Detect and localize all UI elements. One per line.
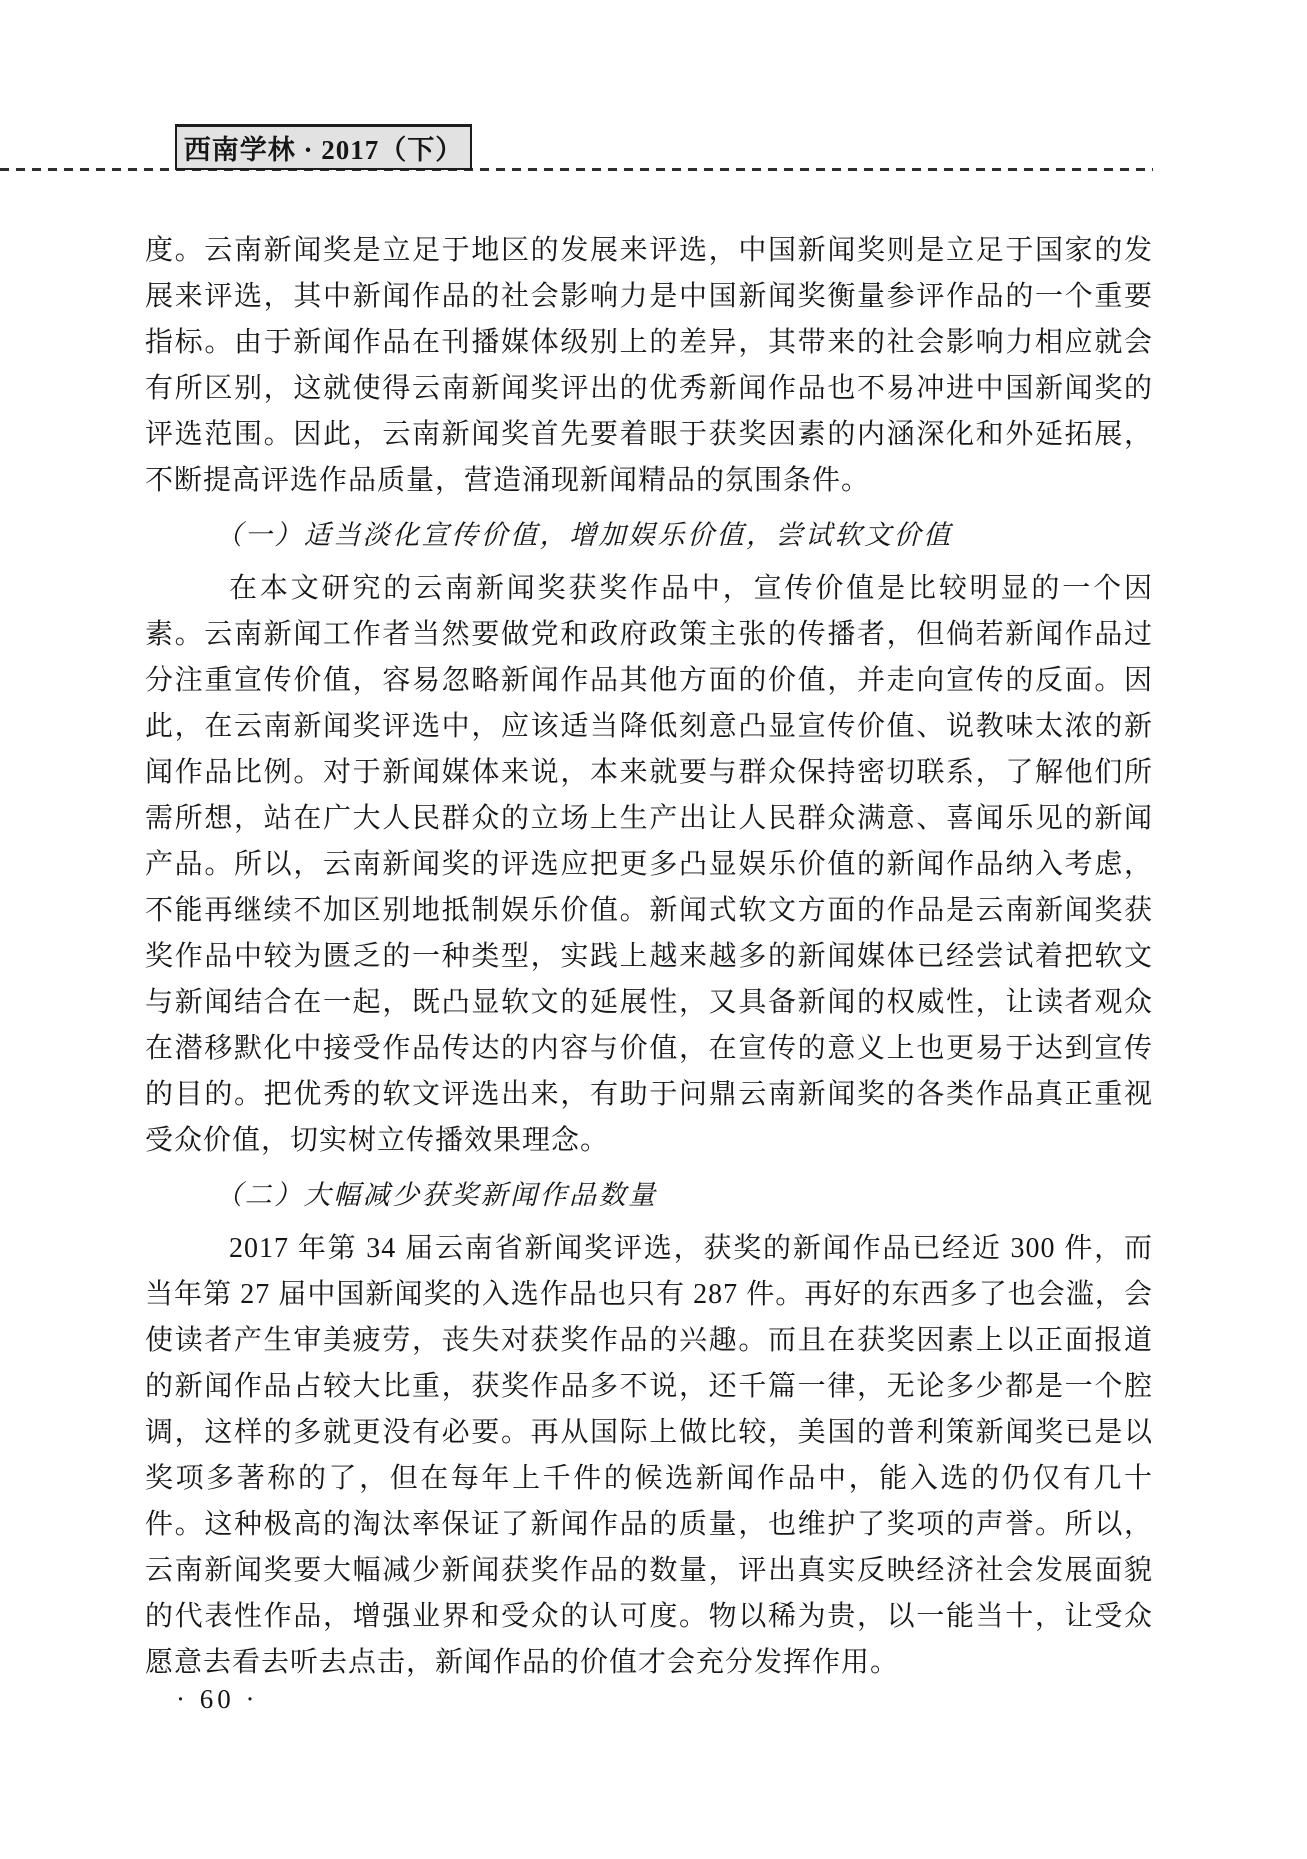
- body-paragraph-2: 在本文研究的云南新闻奖获奖作品中，宣传价值是比较明显的一个因素。云南新闻工作者当…: [145, 566, 1153, 1164]
- article-text-block: 度。云南新闻奖是立足于地区的发展来评选，中国新闻奖则是立足于国家的发展来评选，其…: [145, 228, 1153, 1686]
- page-number: · 60 ·: [176, 1676, 258, 1722]
- journal-title: 西南学林 · 2017（下）: [184, 128, 464, 167]
- book-page: 西南学林 · 2017（下） 度。云南新闻奖是立足于地区的发展来评选，中国新闻奖…: [0, 0, 1307, 1859]
- body-paragraph-3: 2017 年第 34 届云南省新闻奖评选，获奖的新闻作品已经近 300 件，而当…: [145, 1226, 1153, 1686]
- journal-header-badge: 西南学林 · 2017（下）: [175, 124, 472, 170]
- section-heading-1: （一）适当淡化宣传价值，增加娱乐价值，尝试软文价值: [145, 512, 1153, 558]
- body-paragraph-1: 度。云南新闻奖是立足于地区的发展来评选，中国新闻奖则是立足于国家的发展来评选，其…: [145, 228, 1153, 504]
- section-heading-2: （二）大幅减少获奖新闻作品数量: [145, 1172, 1153, 1218]
- header-divider-dashed-line: [0, 168, 1153, 171]
